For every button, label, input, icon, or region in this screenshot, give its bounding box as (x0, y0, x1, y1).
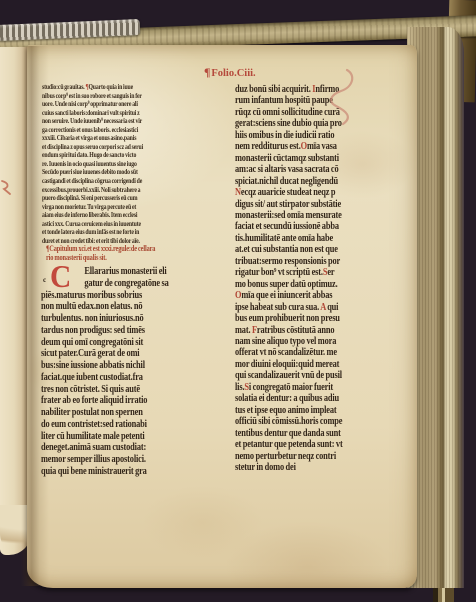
text-line: rigatur bon⁹ vt scriptū est.Ser (235, 267, 372, 278)
text-line: stetur in domo dei (235, 462, 372, 473)
folio-header: ¶Folio.Ciii. (150, 65, 310, 80)
rubricated-letter: O (301, 140, 307, 152)
text-line: et petantur que petenda sunt: vt (235, 439, 372, 450)
text-line: gatur de congregatōne sa (41, 278, 197, 290)
rubricated-letter: S (244, 381, 249, 393)
text-line: rio monasterii qualis sit. (46, 253, 240, 262)
rubricated-letter: N (235, 186, 241, 198)
text-line: tardus non prodigus: sed timēs (41, 325, 197, 337)
book-photo: ¶Folio.Ciii. studio:cū grauitas. ¶Quarto… (0, 0, 476, 602)
folio-number: Folio.Ciii. (211, 68, 255, 79)
text-line: ¶Capitulum xci.et est xxxi.regule:de cel… (46, 244, 240, 253)
text-line: Ellararius monasterii eli (41, 266, 197, 278)
text-line: am:ac si altaris vasa sacrata cō (235, 164, 372, 175)
rubricated-letter: A (320, 301, 325, 313)
rubricated-letter: F (252, 324, 257, 336)
right-margin-flourish-icon (322, 66, 358, 128)
text-line: nabiliter postulat non spernen (41, 407, 197, 419)
rubricated-letter: I (312, 83, 315, 95)
chapter-rubric: ¶Capitulum xci.et est xxxi.regule:de cel… (46, 244, 240, 262)
left-margin-mark-icon (0, 179, 13, 196)
rubricated-letter: O (235, 289, 241, 301)
text-line: officiū sibi cōmissū.horis compe (235, 416, 372, 427)
text-line: memor semper illius apostolici. (41, 454, 197, 466)
text-line: bus:sine iussione abbatis nichil (41, 360, 197, 372)
capitulum-mark-icon: ¶ (204, 65, 210, 79)
left-column-commentary: studio:cū grauitas. ¶Quarto quia in iuue… (42, 83, 198, 245)
left-column-rule-text: Ellararius monasterii eligatur de congre… (41, 266, 197, 478)
text-line: do eum contristet:sed rationabi (41, 419, 197, 431)
text-line: solatia ei dentur: a quibus adiu (235, 393, 372, 404)
rubricated-letter: ¶ (85, 82, 88, 91)
text-line: quia qui bene ministrauerit gra (41, 466, 197, 478)
rubricated-letter: S (323, 266, 328, 278)
right-column-rule-text: duz bonū sibi acquirit. Infirmorum infan… (235, 84, 372, 473)
text-line: Omīa que ei iniuncerit abbas (235, 290, 372, 301)
text-line: Necqz auaricie studeat neqz p (235, 187, 372, 198)
text-line: faciat.que iubent custodiat.fra (41, 372, 197, 384)
text-line: nem redditurus est.Omīa vasa (235, 141, 372, 152)
text-line: turbulentus. non iniuriosus.nō (41, 313, 197, 325)
